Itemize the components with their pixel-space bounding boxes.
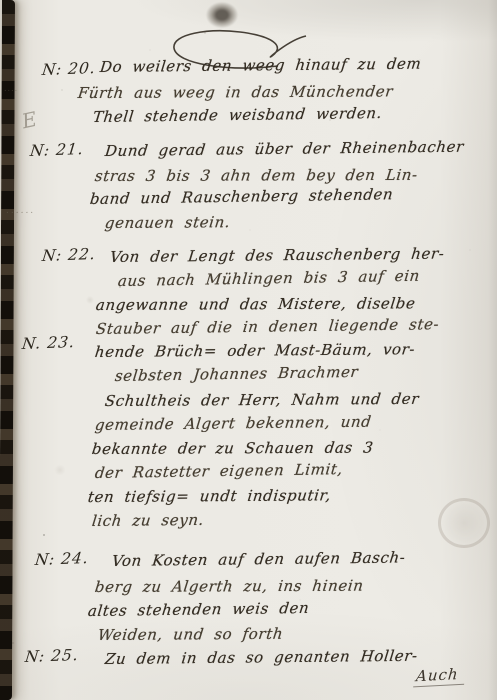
manuscript-line: Von der Lengt des Rauschenberg her- <box>109 244 446 266</box>
entry-21: N: 21. Dund gerad aus über der Rheinenba… <box>0 140 497 240</box>
manuscript-line: Schultheis der Herr, Nahm und der <box>104 390 420 410</box>
entry-number: N: 21. <box>29 140 85 160</box>
manuscript-line: angewanne und das Mistere, diselbe <box>95 294 417 314</box>
manuscript-line: genauen stein. <box>104 213 231 232</box>
manuscript-line: Thell stehende weisband werden. <box>92 104 383 126</box>
manuscript-line: Dund gerad aus über der Rheinenbacher <box>104 138 465 160</box>
catchword: Auch <box>413 665 465 688</box>
manuscript-line: aus nach Mühlingen bis 3 auf ein <box>117 267 421 290</box>
entry-number: N: 24. <box>34 549 90 569</box>
entry-22: N: 22. Von der Lengt des Rauschenberg he… <box>0 244 497 344</box>
manuscript-line: Weiden, und so forth <box>97 625 284 644</box>
entry-24: N: 24. Von Kosten auf den aufen Basch- b… <box>0 548 497 648</box>
entry-20: N: 20. Do weilers den weeg hinauf zu dem… <box>0 58 497 136</box>
entry-number: N. 23. <box>21 333 76 353</box>
manuscript-line: gemeinde Algert bekennen, und <box>94 413 373 434</box>
manuscript-line: selbsten Johannes Brachmer <box>114 363 359 385</box>
manuscript-line: ten tiefsig= undt indisputir, <box>87 486 332 506</box>
manuscript-line: Von Kosten auf den aufen Basch- <box>111 548 406 570</box>
entry-number: N: 20. <box>41 59 97 79</box>
manuscript-line: stras 3 bis 3 ahn dem bey den Lin- <box>94 166 419 185</box>
manuscript-line: Fürth aus weeg in das Münchender <box>77 82 394 102</box>
ink-smudge <box>206 2 238 28</box>
manuscript-line: band und Rauschenberg stehenden <box>89 185 394 208</box>
entry-23: N. 23. hende Brüch= oder Mast-Bäum, vor-… <box>0 333 497 533</box>
manuscript-line: der Rastetter eigenen Limit, <box>94 460 344 482</box>
manuscript-line: Do weilers den weeg hinauf zu dem <box>99 55 422 76</box>
manuscript-line: bekannte der zu Schauen das 3 <box>91 439 375 458</box>
manuscript-line: altes stehenden weis den <box>87 599 310 620</box>
manuscript-line: lich zu seyn. <box>91 511 205 530</box>
manuscript-line: berg zu Algerth zu, ins hinein <box>94 577 365 596</box>
manuscript-line: hende Brüch= oder Mast-Bäum, vor- <box>94 340 416 361</box>
entry-number: N: 25. <box>24 646 80 666</box>
manuscript-line: Zu dem in das so genanten Holler- <box>104 647 419 668</box>
entry-number: N: 22. <box>41 245 97 265</box>
manuscript-page: E ...... .... N: 20. Do weilers den weeg… <box>0 0 497 700</box>
